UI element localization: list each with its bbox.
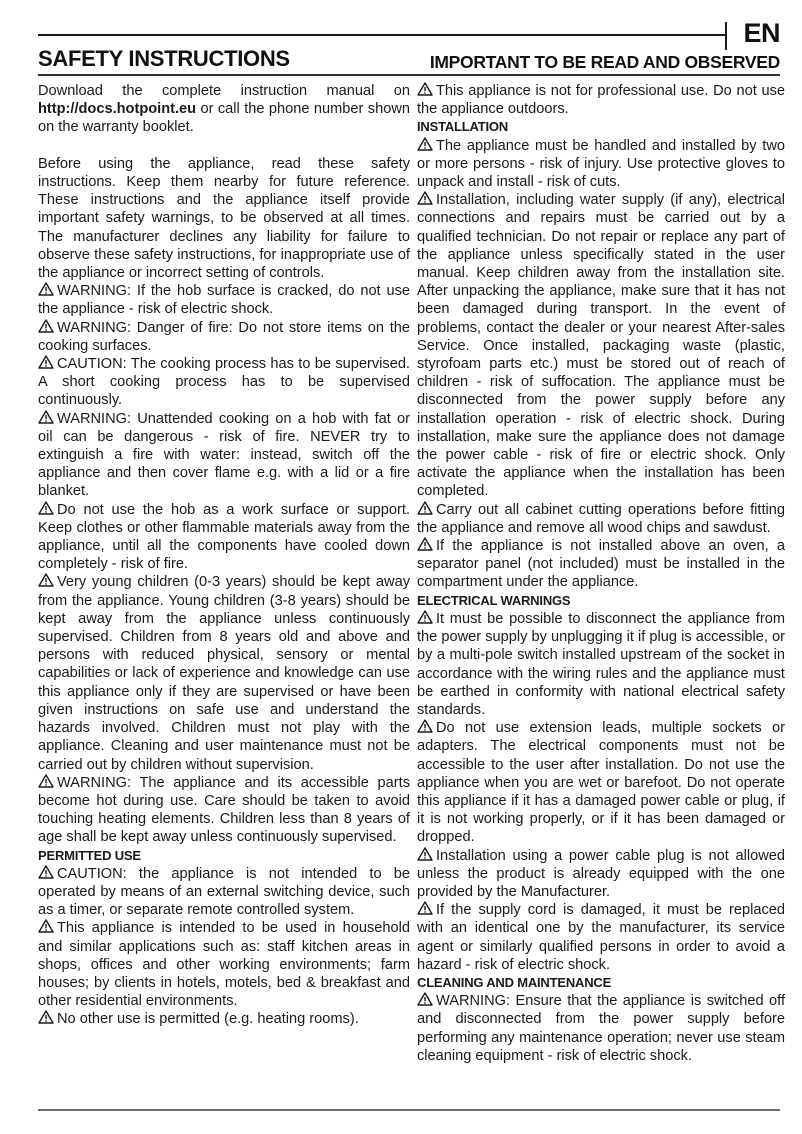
- warning-item: Very young children (0-3 years) should b…: [38, 573, 410, 773]
- electrical-item: It must be possible to disconnect the ap…: [417, 610, 785, 719]
- warning-triangle-icon: [417, 610, 433, 624]
- installation-item: The appliance must be handled and instal…: [417, 137, 785, 192]
- installation-item: Installation, including water supply (if…: [417, 191, 785, 500]
- electrical-item: Installation using a power cable plug is…: [417, 847, 785, 902]
- electrical-item: Do not use extension leads, multiple soc…: [417, 719, 785, 846]
- warning-triangle-icon: [417, 191, 433, 205]
- permitted-use-item: No other use is permitted (e.g. heating …: [38, 1010, 410, 1028]
- language-code: EN: [743, 18, 780, 49]
- intro-text-before: Download the complete instruction manual…: [38, 83, 410, 99]
- warning-triangle-icon: [417, 82, 433, 96]
- footer-rule: [38, 1109, 780, 1111]
- warning-triangle-icon: [38, 410, 54, 424]
- warning-item: WARNING: Unattended cooking on a hob wit…: [38, 410, 410, 501]
- warning-triangle-icon: [38, 865, 54, 879]
- electrical-item: If the supply cord is damaged, it must b…: [417, 901, 785, 974]
- header-top-rule: [38, 34, 726, 36]
- warning-triangle-icon: [417, 847, 433, 861]
- warning-triangle-icon: [38, 774, 54, 788]
- warning-triangle-icon: [38, 355, 54, 369]
- warning-item: WARNING: If the hob surface is cracked, …: [38, 282, 410, 318]
- warning-triangle-icon: [417, 901, 433, 915]
- header-tick-mark: [725, 22, 727, 50]
- warning-item: WARNING: The appliance and its accessibl…: [38, 774, 410, 847]
- intro-paragraph: Download the complete instruction manual…: [38, 82, 410, 137]
- permitted-use-item: CAUTION: the appliance is not intended t…: [38, 865, 410, 920]
- warning-triangle-icon: [38, 919, 54, 933]
- warning-triangle-icon: [38, 501, 54, 515]
- installation-item: If the appliance is not installed above …: [417, 537, 785, 592]
- warning-triangle-icon: [417, 719, 433, 733]
- general-safety-paragraph: Before using the appliance, read these s…: [38, 155, 410, 282]
- page-title: SAFETY INSTRUCTIONS: [38, 46, 290, 72]
- warning-item: CAUTION: The cooking process has to be s…: [38, 355, 410, 410]
- warning-item: WARNING: Danger of fire: Do not store it…: [38, 319, 410, 355]
- installation-item: Carry out all cabinet cutting operations…: [417, 501, 785, 537]
- warning-item: This appliance is not for professional u…: [417, 82, 785, 118]
- page-subtitle: IMPORTANT TO BE READ AND OBSERVED: [430, 52, 780, 73]
- warning-item: Do not use the hob as a work surface or …: [38, 501, 410, 574]
- warning-triangle-icon: [417, 137, 433, 151]
- permitted-use-item: This appliance is intended to be used in…: [38, 919, 410, 1010]
- warning-triangle-icon: [38, 319, 54, 333]
- warning-triangle-icon: [417, 537, 433, 551]
- warning-triangle-icon: [417, 992, 433, 1006]
- section-heading-electrical-warnings: ELECTRICAL WARNINGS: [417, 592, 785, 610]
- warning-triangle-icon: [417, 501, 433, 515]
- header-bottom-rule: [38, 74, 780, 76]
- section-heading-cleaning-maintenance: CLEANING AND MAINTENANCE: [417, 974, 785, 992]
- docs-link[interactable]: http://docs.hotpoint.eu: [38, 101, 196, 117]
- left-column: Download the complete instruction manual…: [38, 82, 410, 1029]
- right-column: This appliance is not for professional u…: [417, 82, 785, 1065]
- section-heading-permitted-use: PERMITTED USE: [38, 847, 410, 865]
- warning-triangle-icon: [38, 282, 54, 296]
- cleaning-item: WARNING: Ensure that the appliance is sw…: [417, 992, 785, 1065]
- warning-triangle-icon: [38, 573, 54, 587]
- section-heading-installation: INSTALLATION: [417, 118, 785, 136]
- warning-triangle-icon: [38, 1010, 54, 1024]
